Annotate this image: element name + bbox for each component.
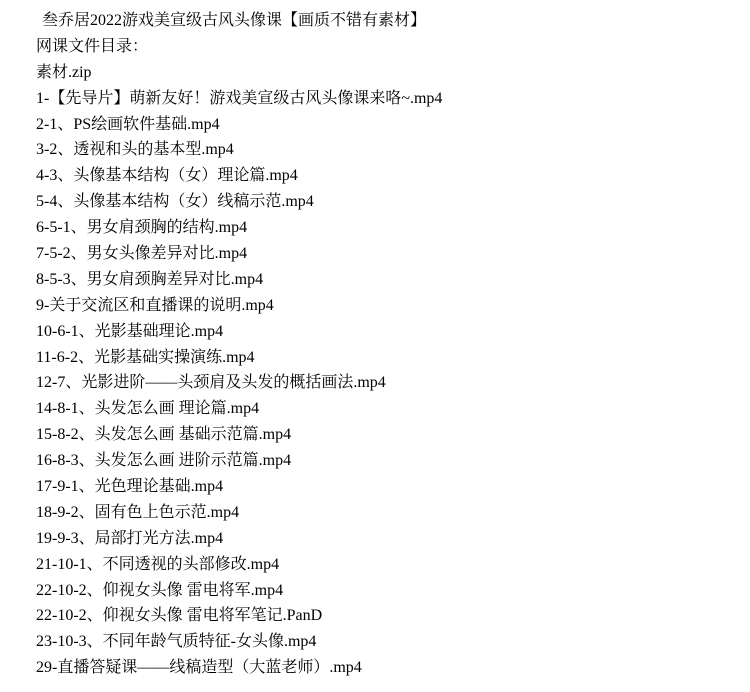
file-list: 素材.zip 1-【先导片】萌新友好！游戏美宣级古风头像课来咯~.mp4 2-1… — [36, 60, 442, 681]
file-item: 11-6-2、光影基础实操演练.mp4 — [36, 345, 442, 371]
file-item: 12-7、光影进阶——头颈肩及头发的概括画法.mp4 — [36, 370, 442, 396]
file-item: 8-5-3、男女肩颈胸差异对比.mp4 — [36, 267, 442, 293]
directory-label: 网课文件目录： — [36, 34, 442, 60]
file-item: 1-【先导片】萌新友好！游戏美宣级古风头像课来咯~.mp4 — [36, 86, 442, 112]
file-item: 2-1、PS绘画软件基础.mp4 — [36, 112, 442, 138]
file-item: 素材.zip — [36, 60, 442, 86]
file-item: 5-4、头像基本结构（女）线稿示范.mp4 — [36, 189, 442, 215]
file-item: 9-关于交流区和直播课的说明.mp4 — [36, 293, 442, 319]
file-item: 23-10-3、不同年龄气质特征-女头像.mp4 — [36, 629, 442, 655]
document-title: 叁乔居2022游戏美宣级古风头像课【画质不错有素材】 — [36, 8, 442, 34]
file-item: 21-10-1、不同透视的头部修改.mp4 — [36, 552, 442, 578]
file-item: 14-8-1、头发怎么画 理论篇.mp4 — [36, 396, 442, 422]
file-item: 4-3、头像基本结构（女）理论篇.mp4 — [36, 163, 442, 189]
file-item: 10-6-1、光影基础理论.mp4 — [36, 319, 442, 345]
file-item: 22-10-2、仰视女头像 雷电将军.mp4 — [36, 578, 442, 604]
file-item: 6-5-1、男女肩颈胸的结构.mp4 — [36, 215, 442, 241]
file-item: 22-10-2、仰视女头像 雷电将军笔记.PanD — [36, 603, 442, 629]
file-item: 19-9-3、局部打光方法.mp4 — [36, 526, 442, 552]
file-item: 18-9-2、固有色上色示范.mp4 — [36, 500, 442, 526]
file-item: 17-9-1、光色理论基础.mp4 — [36, 474, 442, 500]
file-item: 29-直播答疑课——线稿造型（大蓝老师）.mp4 — [36, 655, 442, 681]
file-item: 15-8-2、头发怎么画 基础示范篇.mp4 — [36, 422, 442, 448]
file-item: 7-5-2、男女头像差异对比.mp4 — [36, 241, 442, 267]
file-item: 3-2、透视和头的基本型.mp4 — [36, 137, 442, 163]
document-body: 叁乔居2022游戏美宣级古风头像课【画质不错有素材】 网课文件目录： 素材.zi… — [36, 8, 442, 681]
file-item: 16-8-3、头发怎么画 进阶示范篇.mp4 — [36, 448, 442, 474]
